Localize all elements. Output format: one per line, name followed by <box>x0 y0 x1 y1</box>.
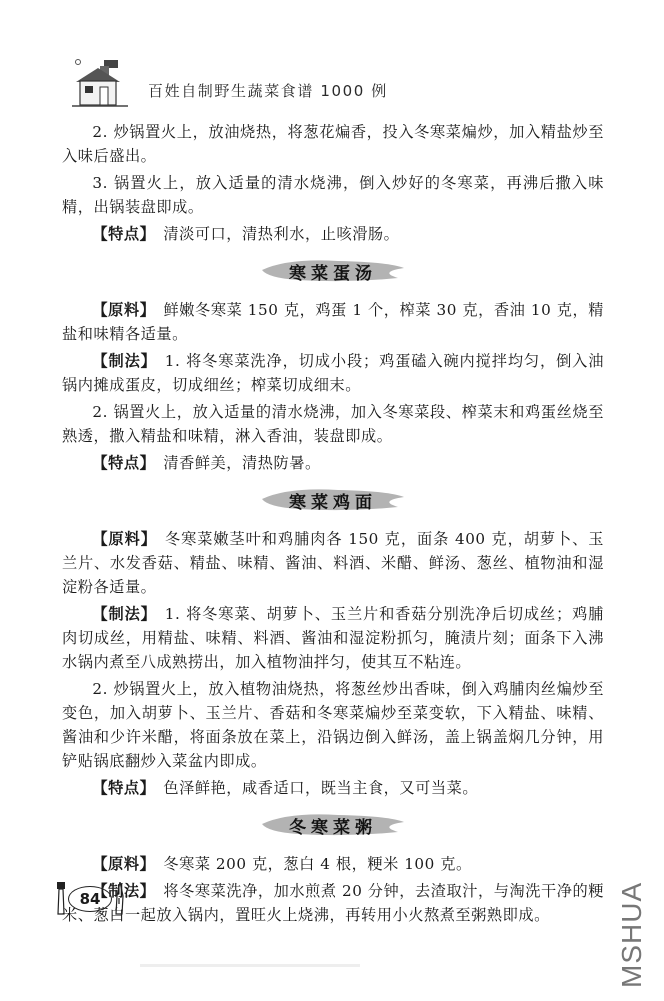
recipe-method-step: 2. 锅置火上，放入适量的清水烧沸，加入冬寒菜段、榨菜末和鸡蛋丝烧至熟透，撒入精… <box>62 400 604 448</box>
recipe-title: 冬寒菜粥 <box>62 813 604 838</box>
recipe-title: 寒菜鸡面 <box>62 488 604 513</box>
recipe-method: 【制法】1. 将冬寒菜洗净，切成小段；鸡蛋磕入碗内搅拌均匀，倒入油锅内摊成蛋皮，… <box>62 349 604 397</box>
step-3-continued: 3. 锅置火上，放入适量的清水烧沸，倒入炒好的冬寒菜，再沸后撒入味精，出锅装盘即… <box>62 171 604 219</box>
recipe-title: 寒菜蛋汤 <box>62 259 604 284</box>
recipe-title-banner: 寒菜鸡面 <box>62 479 604 521</box>
recipe-method: 【制法】1. 将冬寒菜、胡萝卜、玉兰片和香菇分别洗净后切成丝；鸡脯肉切成丝，用精… <box>62 602 604 674</box>
recipe-ingredients: 【原料】鲜嫩冬寒菜 150 克，鸡蛋 1 个，榨菜 30 克，香油 10 克，精… <box>62 298 604 346</box>
features-continued: 【特点】清淡可口，清热利水，止咳滑肠。 <box>62 222 604 246</box>
recipe-features: 【特点】色泽鲜艳，咸香适口，既当主食，又可当菜。 <box>62 776 604 800</box>
recipe-features: 【特点】清香鲜美，清热防暑。 <box>62 451 604 475</box>
watermark: MSHUA <box>616 888 656 988</box>
scan-artifact <box>140 964 360 967</box>
recipe-title-banner: 冬寒菜粥 <box>62 804 604 846</box>
features-label: 【特点】 <box>92 225 155 243</box>
house-icon <box>70 50 132 108</box>
recipe-ingredients: 【原料】冬寒菜 200 克，葱白 4 根，粳米 100 克。 <box>62 852 604 876</box>
book-title: 百姓自制野生蔬菜食谱 1000 例 <box>148 80 388 101</box>
recipe-method: 【制法】将冬寒菜洗净，加水煎煮 20 分钟，去渣取汁，与淘洗干净的粳米、葱白一起… <box>62 879 604 927</box>
recipe-ingredients: 【原料】冬寒菜嫩茎叶和鸡脯肉各 150 克，面条 400 克，胡萝卜、玉兰片、水… <box>62 527 604 599</box>
step-2-continued: 2. 炒锅置火上，放油烧热，将葱花煸香，投入冬寒菜煸炒，加入精盐炒至入味后盛出。 <box>62 120 604 168</box>
page-number: 84 <box>68 886 112 912</box>
recipe-title-banner: 寒菜蛋汤 <box>62 250 604 292</box>
page-number-badge: 84 <box>52 880 128 920</box>
fork-icon <box>56 882 66 916</box>
recipe-method-step: 2. 炒锅置火上，放入植物油烧热，将葱丝炒出香味，倒入鸡脯肉丝煸炒至变色，加入胡… <box>62 677 604 773</box>
page-content: 2. 炒锅置火上，放油烧热，将葱花煸香，投入冬寒菜煸炒，加入精盐炒至入味后盛出。… <box>62 120 604 930</box>
page-header: 百姓自制野生蔬菜食谱 1000 例 <box>70 50 490 110</box>
knife-icon <box>114 882 124 916</box>
